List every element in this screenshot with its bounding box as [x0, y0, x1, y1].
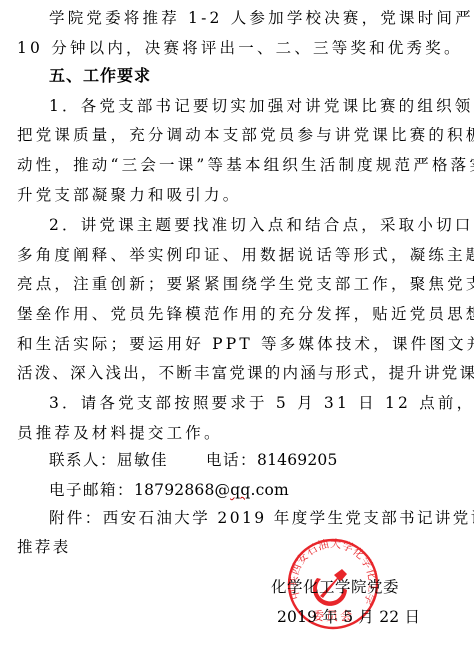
- item2-line: 2．讲党课主题要找准切入点和结合点，采取小切口引入、: [49, 215, 474, 235]
- phone-number: 81469205: [257, 451, 338, 469]
- paragraph-line: 10 分钟以内，决赛将评出一、二、三等奖和优秀奖。: [17, 38, 463, 58]
- paragraph-line: 学院党委将推荐 1-2 人参加学校决赛，党课时间严格控制在: [49, 8, 474, 28]
- attachment-label: 附件：: [49, 509, 103, 527]
- email-row: 电子邮箱：18792868@qq.com: [49, 480, 289, 500]
- email-prefix: 18792868@: [134, 481, 230, 499]
- email-domain-spellcheck: qq: [230, 481, 250, 499]
- item1-line: 升党支部凝聚力和吸引力。: [17, 185, 241, 205]
- attachment-title: 西安石油大学 2019 年度学生党支部书记讲党课比赛: [103, 509, 474, 527]
- item1-line: 1．各党支部书记要切实加强对讲党课比赛的组织领导，严: [49, 96, 474, 116]
- contact-person-row: 联系人：屈敏佳电话：81469205: [49, 450, 338, 470]
- item2-line: 和生活实际；要运用好 PPT 等多媒体技术，课件图文并茂、生动: [17, 334, 474, 354]
- email-suffix: .com: [250, 481, 288, 499]
- item1-line: 把党课质量，充分调动本支部党员参与讲党课比赛的积极性和主: [17, 125, 474, 145]
- contact-person-name: 屈敏佳: [117, 451, 168, 469]
- item2-line: 亮点，注重创新；要紧紧围绕学生党支部工作，聚焦党支部战斗: [17, 274, 474, 294]
- email-label: 电子邮箱：: [49, 481, 134, 499]
- item3-line: 员推荐及材料提交工作。: [17, 423, 223, 443]
- item2-line: 活泼、深入浅出，不断丰富党课的内涵与形式，提升讲党课质量。: [17, 363, 474, 383]
- item3-line: 3．请各党支部按照要求于 5 月 31 日 12 点前，完成初赛人: [49, 393, 474, 413]
- phone-label: 电话：: [206, 451, 257, 469]
- section-heading: 五、工作要求: [49, 66, 151, 86]
- attachment-title-cont: 推荐表: [17, 537, 71, 557]
- item1-line: 动性，推动“三会一课”等基本组织生活制度规范严格落实，提: [17, 155, 474, 175]
- signature-organization: 化学化工学院党委: [271, 577, 399, 597]
- attachment-row: 附件：西安石油大学 2019 年度学生党支部书记讲党课比赛: [49, 508, 474, 528]
- signature-date: 2019 年 5 月 22 日: [277, 607, 420, 627]
- item2-line: 多角度阐释、举实例印证、用数据说话等形式，凝练主题，突出: [17, 245, 474, 265]
- contact-person-label: 联系人：: [49, 451, 117, 469]
- item2-line: 堡垒作用、党员先锋模范作用的充分发挥，贴近党员思想、工作: [17, 304, 474, 324]
